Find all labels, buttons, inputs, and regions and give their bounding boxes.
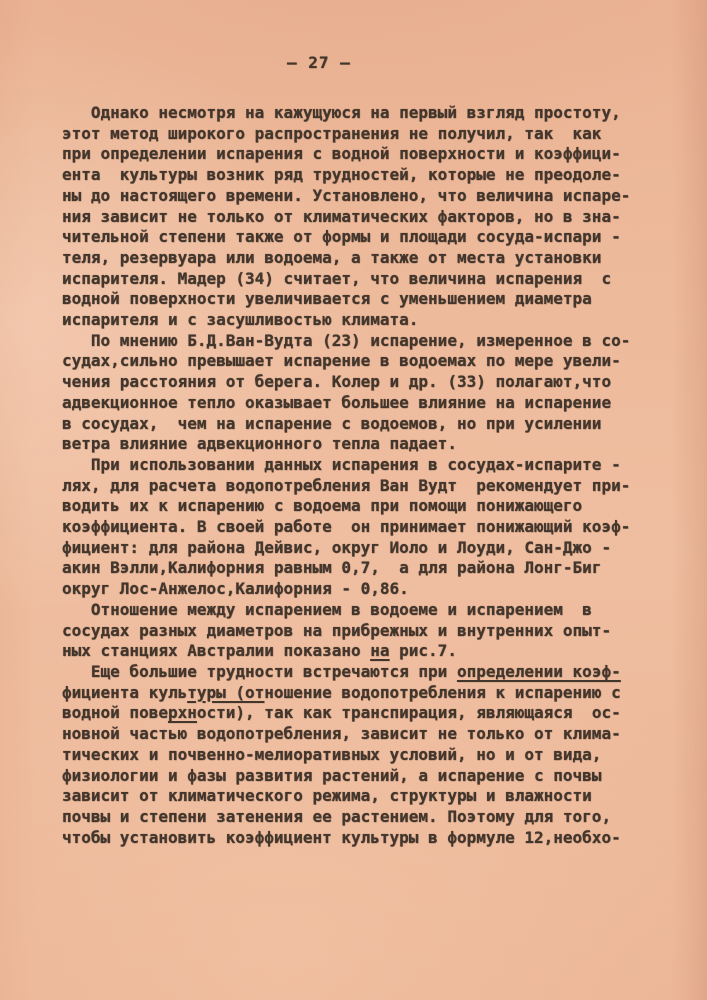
text-line: теля, резервуара или водоема, а также от… xyxy=(62,248,652,269)
text-line: ента культуры возник ряд трудностей, кот… xyxy=(62,165,652,186)
text-line: судах,сильно превышает испарение в водое… xyxy=(62,351,652,372)
text-line: водной поверхности), так как транспираци… xyxy=(62,703,652,724)
text-segment: чительной степени также от формы и площа… xyxy=(62,227,621,246)
text-line: почвы и степени затенения ее растением. … xyxy=(62,807,652,828)
text-line: лях, для расчета водопотребления Ван Вуд… xyxy=(62,476,652,497)
page-text: Однако несмотря на кажущуюся на первый в… xyxy=(62,103,652,848)
text-line: Однако несмотря на кажущуюся на первый в… xyxy=(62,103,652,124)
text-segment: ента культуры возник ряд трудностей, кот… xyxy=(62,165,621,184)
text-segment: новной частью водопотребления, зависит н… xyxy=(62,724,621,743)
text-segment: Отношение между испарением в водоеме и и… xyxy=(62,600,592,619)
text-line: зависит от климатического режима, структ… xyxy=(62,786,652,807)
page-number: — 27 — xyxy=(287,53,351,74)
text-segment: водной поверхности увеличивается с умень… xyxy=(62,289,592,308)
text-line: округ Лос-Анжелос,Калифорния - 0,86. xyxy=(62,579,652,600)
text-segment: фициента куль xyxy=(62,683,187,702)
paragraph-5: Еще большие трудности встречаются при оп… xyxy=(62,662,652,848)
text-segment: испарителя. Мадер (34) считает, что вели… xyxy=(62,269,611,288)
text-line: испарителя и с засушливостью климата. xyxy=(62,310,652,331)
underlined-text-segment: туры (от xyxy=(187,683,264,702)
paragraph-3: При использовании данных испарения в сос… xyxy=(62,455,652,600)
text-segment: ношение водопотребления к испарению с xyxy=(264,683,620,702)
text-line: При использовании данных испарения в сос… xyxy=(62,455,652,476)
paragraph-4: Отношение между испарением в водоеме и и… xyxy=(62,600,652,662)
text-segment: ны до настоящего времени. Установлено, ч… xyxy=(62,186,630,205)
text-line: сосудах разных диаметров на прибрежных и… xyxy=(62,621,652,642)
text-segment: тических и почвенно-мелиоративных услови… xyxy=(62,745,601,764)
text-line: чтобы установить коэффициент культуры в … xyxy=(62,828,652,849)
text-segment: лях, для расчета водопотребления Ван Вуд… xyxy=(62,476,630,495)
text-line: Еще большие трудности встречаются при оп… xyxy=(62,662,652,683)
text-line: ны до настоящего времени. Установлено, ч… xyxy=(62,186,652,207)
text-line: водной поверхности увеличивается с умень… xyxy=(62,289,652,310)
text-line: акин Вэлли,Калифорния равным 0,7, а для … xyxy=(62,558,652,579)
text-line: ния зависит не только от климатических ф… xyxy=(62,207,652,228)
text-line: в сосудах, чем на испарение с водоемов, … xyxy=(62,414,652,435)
text-segment: судах,сильно превышает испарение в водое… xyxy=(62,351,621,370)
text-line: адвекционное тепло оказывает большее вли… xyxy=(62,393,652,414)
text-segment: рис.7. xyxy=(390,641,457,660)
text-segment: теля, резервуара или водоема, а также от… xyxy=(62,248,601,267)
text-line: фициент: для района Дейвис, округ Иоло и… xyxy=(62,538,652,559)
underlined-text-segment: рхн xyxy=(168,703,197,722)
text-segment: Еще большие трудности встречаются при xyxy=(62,662,457,681)
text-segment: округ Лос-Анжелос,Калифорния - 0,86. xyxy=(62,579,409,598)
paragraph-1: Однако несмотря на кажущуюся на первый в… xyxy=(62,103,652,331)
text-segment: этот метод широкого распространения не п… xyxy=(62,124,601,143)
underlined-text-segment: определении коэф- xyxy=(457,662,621,681)
text-line: коэффициента. В своей работе он принимае… xyxy=(62,517,652,538)
text-segment: сосудах разных диаметров на прибрежных и… xyxy=(62,621,611,640)
text-segment: ости), так как транспирация, являющаяся … xyxy=(197,703,621,722)
text-segment: физиологии и фазы развития растений, а и… xyxy=(62,766,601,785)
text-segment: ния зависит не только от климатических ф… xyxy=(62,207,621,226)
text-segment: испарителя и с засушливостью климата. xyxy=(62,310,418,329)
text-segment: в сосудах, чем на испарение с водоемов, … xyxy=(62,414,601,433)
text-line: Отношение между испарением в водоеме и и… xyxy=(62,600,652,621)
text-line: чения расстояния от берега. Колер и др. … xyxy=(62,372,652,393)
text-segment: при определении испарения с водной повер… xyxy=(62,144,621,163)
text-line: тических и почвенно-мелиоративных услови… xyxy=(62,745,652,766)
text-segment: почвы и степени затенения ее растением. … xyxy=(62,807,611,826)
text-segment: зависит от климатического режима, структ… xyxy=(62,786,592,805)
text-segment: чения расстояния от берега. Колер и др. … xyxy=(62,372,611,391)
text-line: водить их к испарению с водоема при помо… xyxy=(62,496,652,517)
text-segment: водной пове xyxy=(62,703,168,722)
text-line: ветра влияние адвекционного тепла падает… xyxy=(62,434,652,455)
text-line: этот метод широкого распространения не п… xyxy=(62,124,652,145)
text-segment: По мнению Б.Д.Ван-Вудта (23) испарение, … xyxy=(62,331,630,350)
text-segment: ных станциях Австралии показано xyxy=(62,641,370,660)
text-segment: чтобы установить коэффициент культуры в … xyxy=(62,828,621,847)
text-segment: адвекционное тепло оказывает большее вли… xyxy=(62,393,611,412)
scanned-page: — 27 — Однако несмотря на кажущуюся на п… xyxy=(0,0,707,1000)
text-segment: коэффициента. В своей работе он принимае… xyxy=(62,517,630,536)
text-line: По мнению Б.Д.Ван-Вудта (23) испарение, … xyxy=(62,331,652,352)
text-line: чительной степени также от формы и площа… xyxy=(62,227,652,248)
text-line: новной частью водопотребления, зависит н… xyxy=(62,724,652,745)
text-segment: фициент: для района Дейвис, округ Иоло и… xyxy=(62,538,611,557)
text-line: фициента культуры (отношение водопотребл… xyxy=(62,683,652,704)
paragraph-2: По мнению Б.Д.Ван-Вудта (23) испарение, … xyxy=(62,331,652,455)
text-segment: При использовании данных испарения в сос… xyxy=(62,455,621,474)
text-line: физиологии и фазы развития растений, а и… xyxy=(62,766,652,787)
text-line: ных станциях Австралии показано на рис.7… xyxy=(62,641,652,662)
text-segment: Однако несмотря на кажущуюся на первый в… xyxy=(62,103,621,122)
text-segment: водить их к испарению с водоема при помо… xyxy=(62,496,582,515)
text-segment: ветра влияние адвекционного тепла падает… xyxy=(62,434,457,453)
text-line: при определении испарения с водной повер… xyxy=(62,144,652,165)
underlined-text-segment: на xyxy=(370,641,389,660)
text-segment: акин Вэлли,Калифорния равным 0,7, а для … xyxy=(62,558,601,577)
text-line: испарителя. Мадер (34) считает, что вели… xyxy=(62,269,652,290)
